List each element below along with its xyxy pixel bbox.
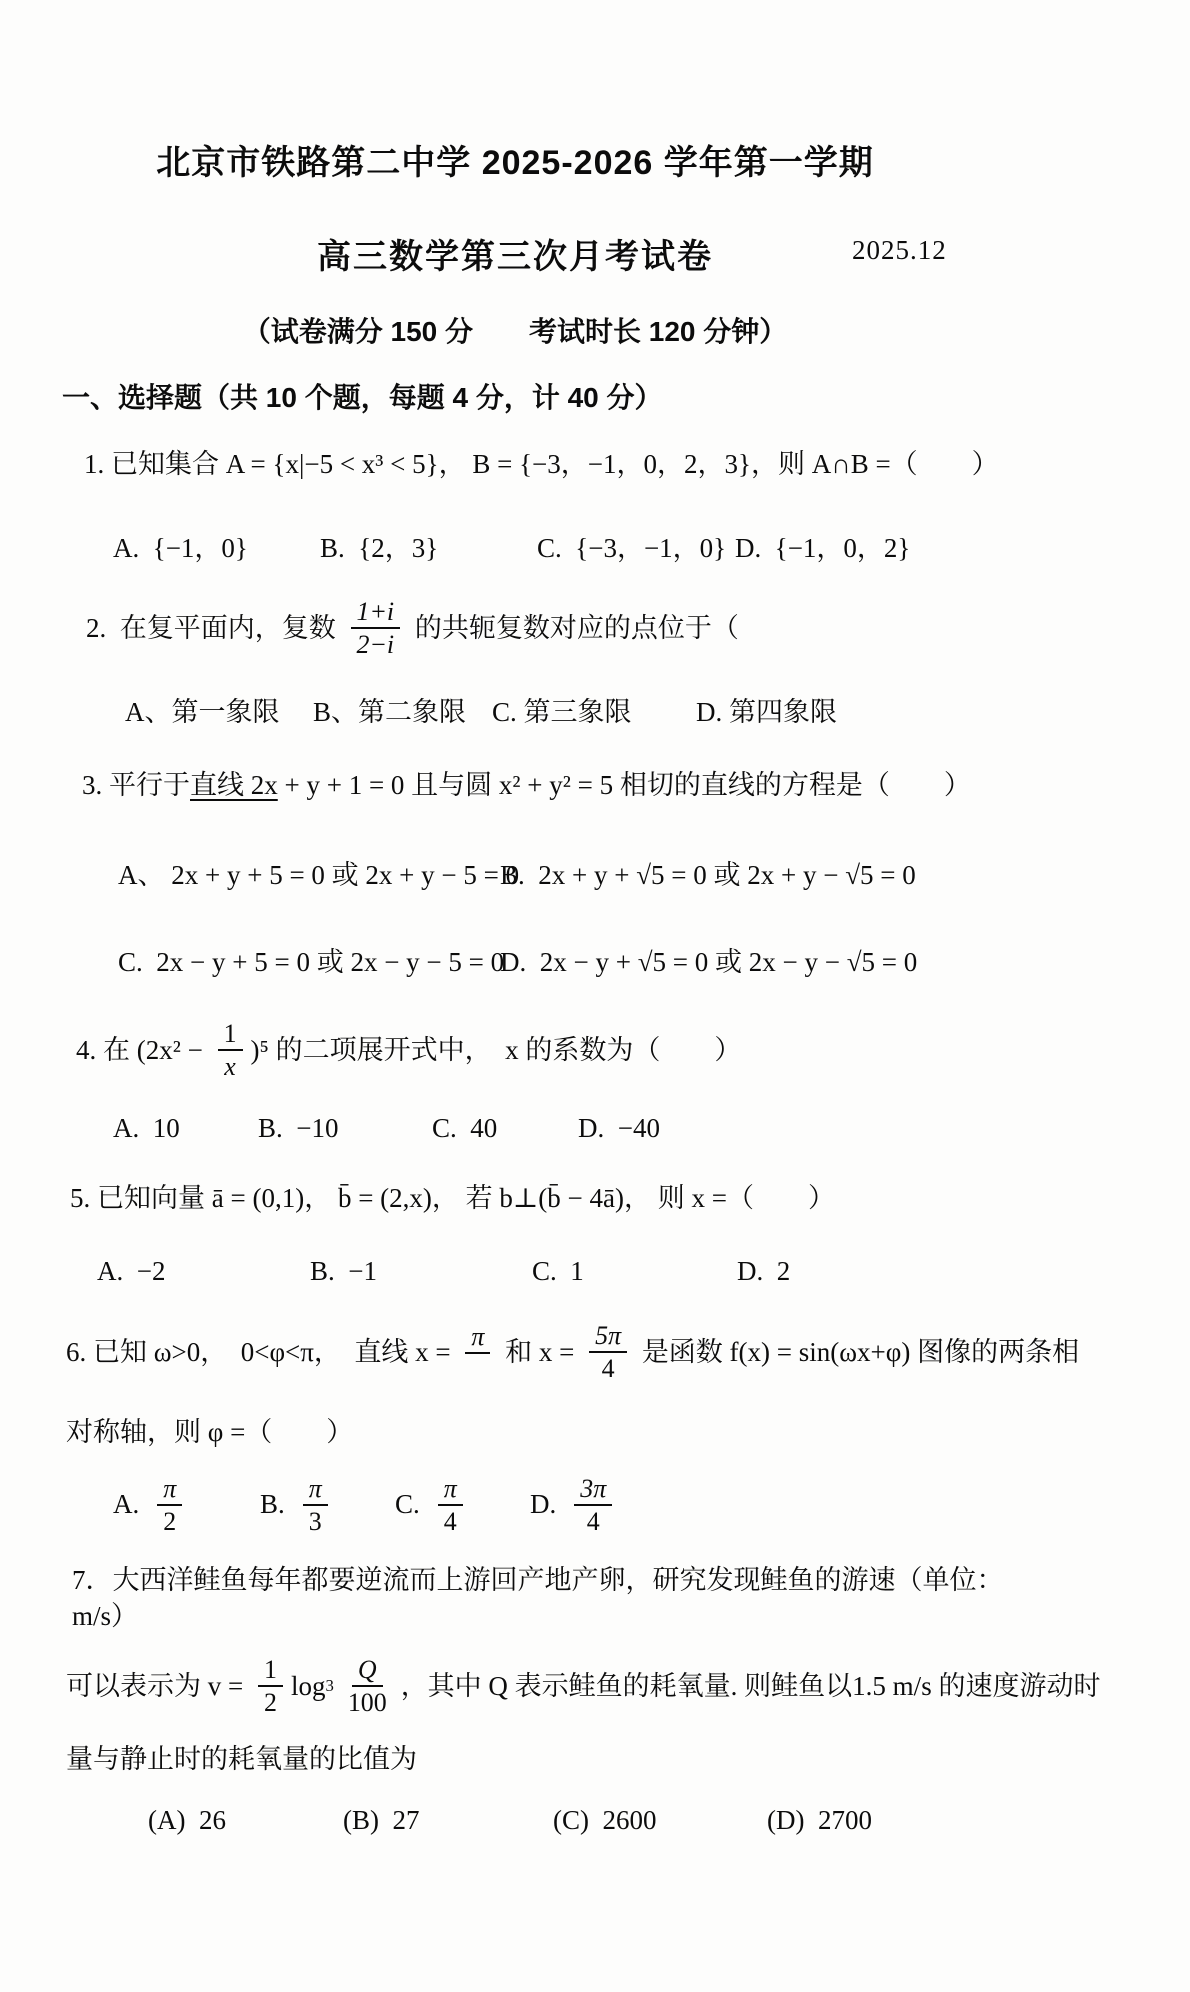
q2-stem-post: 的共轭复数对应的点位于（ [408,610,739,646]
q4-option-c: C. 40 [432,1113,578,1144]
fraction-denominator: 4 [438,1506,463,1536]
question-5-stem: 5. 已知向量 ā = (0,1)， b̄ = (2,x)， 若 b⊥(b̄ −… [70,1180,1030,1216]
q6-option-c-label: C. [395,1489,420,1520]
section-title: 一、选择题（共 10 个题，每题 4 分，计 40 分） [62,376,1030,416]
fraction-denominator: x [218,1051,242,1081]
fraction-numerator: 5π [589,1321,627,1353]
log-symbol: log [291,1668,326,1704]
q6-stem-post: 是函数 f(x) = sin(ωx+φ) 图像的两条相 [635,1334,1079,1370]
binomial-fraction: 1 x [218,1019,243,1081]
question-4-stem: 4. 在 (2x² − 1 x )⁵ 的二项展开式中， x 的系数为（ ） [76,1019,1030,1081]
q6-option-d-label: D. [530,1489,556,1520]
oxygen-fraction: Q 100 [342,1655,393,1717]
fraction-denominator: 2−i [351,629,401,659]
question-3-options-row2: C. 2x − y + 5 = 0 或 2x − y − 5 = 0 D. 2x… [118,940,1030,979]
q4-stem-post: )⁵ 的二项展开式中， x 的系数为（ ） [251,1032,742,1068]
question-4: 4. 在 (2x² − 1 x )⁵ 的二项展开式中， x 的系数为（ ） A.… [0,1019,1030,1144]
question-7-stem-line1: 7．大西洋鲑鱼每年都要逆流而上游回产地产卵，研究发现鲑鱼的游速（单位：m/s） [72,1562,1030,1635]
q7-option-c: (C) 2600 [553,1805,767,1836]
question-2: 2. 在复平面内，复数 1+i 2−i 的共轭复数对应的点位于（ A、第一象限 … [0,597,1030,728]
fraction-numerator: π [465,1322,490,1354]
fraction-numerator: 1 [258,1655,283,1687]
exam-title-row: 高三数学第三次月考试卷 2025.12 [0,229,1030,278]
q6-stem-pre: 6. 已知 ω>0， 0<φ<π， 直线 x = [66,1334,457,1370]
q4-option-d: D. −40 [578,1113,660,1144]
question-7-stem-line2: 可以表示为 v = 1 2 log3 Q 100 ，其中 Q 表示鲑鱼的耗氧量.… [66,1655,1030,1717]
fraction-numerator: π [438,1474,463,1506]
q2-option-b: B、第二象限 [313,690,492,729]
fraction-denominator: 4 [596,1353,621,1383]
question-7: 7．大西洋鲑鱼每年都要逆流而上游回产地产卵，研究发现鲑鱼的游速（单位：m/s） … [0,1562,1030,1836]
question-6-options: A. π 2 B. π 3 C. π [113,1474,1030,1536]
question-2-stem: 2. 在复平面内，复数 1+i 2−i 的共轭复数对应的点位于（ [86,597,1030,659]
q2-stem-pre: 2. 在复平面内，复数 [86,610,343,646]
fraction-numerator: π [157,1474,182,1506]
q2-option-c: C. 第三象限 [492,690,696,729]
q6-option-b: B. π 3 [260,1474,395,1536]
q6-option-a-label: A. [113,1489,139,1520]
half-fraction: 1 2 [258,1655,283,1717]
question-3-options-row1: A、 2x + y + 5 = 0 或 2x + y − 5 = 0 B. 2x… [118,853,1030,892]
question-7-stem-line3: 量与静止时的耗氧量的比值为 [66,1741,1030,1777]
content-column: 北京市铁路第二中学 2025-2026 学年第一学期 高三数学第三次月考试卷 2… [0,0,1030,1836]
fraction-numerator: Q [352,1655,383,1687]
fraction-numerator: 3π [574,1474,612,1506]
q1-option-c: C. {−3，−1，0} [537,526,735,565]
q6-option-c-fraction: π 4 [438,1474,463,1536]
exam-meta: （试卷满分 150 分 考试时长 120 分钟） [0,310,1030,350]
q6-option-a-fraction: π 2 [157,1474,182,1536]
question-7-options: (A) 26 (B) 27 (C) 2600 (D) 2700 [148,1805,1030,1836]
question-1-stem: 1. 已知集合 A = {x|−5 < x³ < 5}， B = {−3，−1，… [84,446,1030,482]
question-6-stem-line2: 对称轴，则 φ =（ ） [66,1414,1030,1450]
question-5-options: A. −2 B. −1 C. 1 D. 2 [97,1256,1030,1287]
q3-stem-mid: + y + 1 = 0 且与圆 x² + y² = 5 相切的直线的方程是（ ） [278,770,971,800]
question-1: 1. 已知集合 A = {x|−5 < x³ < 5}， B = {−3，−1，… [0,446,1030,565]
fraction-denominator: 2 [258,1687,283,1717]
log-base: 3 [325,1675,333,1698]
q2-option-a: A、第一象限 [125,690,313,729]
q6-option-d-fraction: 3π 4 [574,1474,612,1536]
q6-stem-mid: 和 x = [498,1334,581,1370]
q6-option-a: A. π 2 [113,1474,260,1536]
q4-stem-pre: 4. 在 (2x² − [76,1032,210,1068]
q7-stem-pre: 可以表示为 v = [66,1668,250,1704]
question-3: 3. 平行于直线 2x + y + 1 = 0 且与圆 x² + y² = 5 … [0,767,1030,979]
q4-option-b: B. −10 [258,1113,432,1144]
fraction-numerator: 1+i [351,597,401,629]
q3-underlined-text: 直线 2x [190,770,278,800]
q2-option-d: D. 第四象限 [696,690,837,729]
complex-fraction: 1+i 2−i [351,597,401,659]
q6-option-c: C. π 4 [395,1474,530,1536]
question-5: 5. 已知向量 ā = (0,1)， b̄ = (2,x)， 若 b⊥(b̄ −… [0,1180,1030,1287]
q1-option-d: D. {−1，0，2} [735,526,910,565]
fraction-denominator: 4 [581,1506,606,1536]
fraction-denominator [472,1354,484,1382]
q7-stem-post: ，其中 Q 表示鲑鱼的耗氧量. 则鲑鱼以1.5 m/s 的速度游动时 [401,1668,1101,1704]
fraction-numerator: 1 [218,1019,243,1051]
q5-option-a: A. −2 [97,1256,310,1287]
fraction-denominator: 2 [157,1506,182,1536]
fraction-denominator: 100 [342,1687,393,1717]
q3-option-d: D. 2x − y + √5 = 0 或 2x − y − √5 = 0 [500,940,917,979]
q3-option-b: B. 2x + y + √5 = 0 或 2x + y − √5 = 0 [500,853,916,892]
q6-option-b-fraction: π 3 [303,1474,328,1536]
exam-date: 2025.12 [852,235,947,266]
q3-option-c: C. 2x − y + 5 = 0 或 2x − y − 5 = 0 [118,940,500,979]
exam-paper-page: 北京市铁路第二中学 2025-2026 学年第一学期 高三数学第三次月考试卷 2… [0,0,1190,1992]
fraction-numerator: π [303,1474,328,1506]
q7-option-a: (A) 26 [148,1805,343,1836]
q5-option-c: C. 1 [532,1256,737,1287]
question-6-stem-line1: 6. 已知 ω>0， 0<φ<π， 直线 x = π 和 x = 5π 4 是函… [66,1321,1030,1383]
symmetry-axis-fraction-2: 5π 4 [589,1321,627,1383]
q6-option-d: D. 3π 4 [530,1474,620,1536]
question-6: 6. 已知 ω>0， 0<φ<π， 直线 x = π 和 x = 5π 4 是函… [0,1321,1030,1536]
question-2-options: A、第一象限 B、第二象限 C. 第三象限 D. 第四象限 [125,690,1030,729]
symmetry-axis-fraction-1: π [465,1322,490,1382]
q4-option-a: A. 10 [113,1113,258,1144]
question-4-options: A. 10 B. −10 C. 40 D. −40 [113,1113,1030,1144]
q5-option-b: B. −1 [310,1256,532,1287]
q1-option-b: B. {2，3} [320,526,537,565]
q6-option-b-label: B. [260,1489,285,1520]
q7-option-b: (B) 27 [343,1805,553,1836]
q3-option-a: A、 2x + y + 5 = 0 或 2x + y − 5 = 0 [118,853,500,892]
question-3-stem: 3. 平行于直线 2x + y + 1 = 0 且与圆 x² + y² = 5 … [82,767,1030,803]
q5-option-d: D. 2 [737,1256,790,1287]
q1-option-a: A. {−1，0} [113,526,320,565]
q7-option-d: (D) 2700 [767,1805,872,1836]
q3-stem-pre: 3. 平行于 [82,770,190,800]
fraction-denominator: 3 [303,1506,328,1536]
question-1-options: A. {−1，0} B. {2，3} C. {−3，−1，0} D. {−1，0… [113,526,1030,565]
school-title: 北京市铁路第二中学 2025-2026 学年第一学期 [0,135,1030,184]
